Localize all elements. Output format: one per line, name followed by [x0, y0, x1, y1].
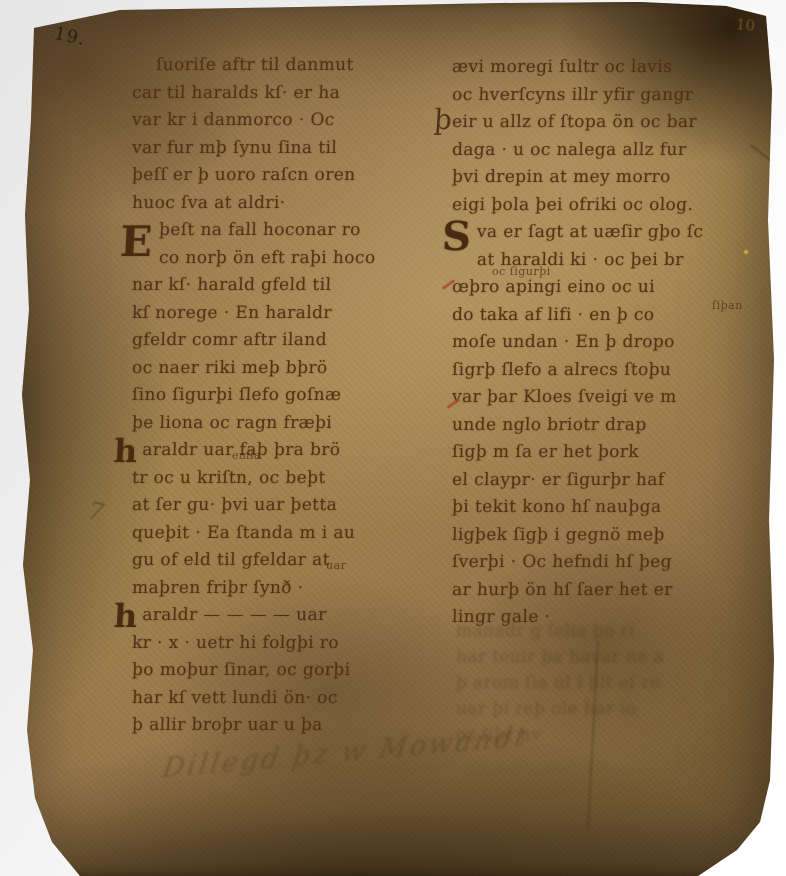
right-paragraph-3: ſigþ m ſa er het þorkel claypr· er ſigur… [452, 439, 778, 632]
manuscript-text-line: el claypr· er ſigurþr haf [452, 467, 779, 495]
manuscript-text-line: har kſ vett lundi ön· oc [132, 685, 449, 713]
parchment-leaf: 19. 10 ſuoriſe aftr til danmutcar til ha… [0, 0, 786, 876]
manuscript-text-line: ſino ſigurþi ſlefo goſnæ [132, 382, 449, 410]
manuscript-text-line: þo moþur ſinar, oc gorþi [132, 657, 449, 685]
page-number-10: 10 [735, 15, 756, 35]
manuscript-text-line: þe liona oc ragn fræþi [132, 410, 449, 438]
manuscript-text-line: kr · x · uetr hi folgþi ro [132, 630, 449, 658]
manuscript-text-line: þ arom ſia ul i þlt eſ ro [456, 670, 777, 696]
manuscript-text-line: araldr — — — — uar [132, 602, 449, 630]
manuscript-text-line: unde nglo briotr drap [452, 412, 779, 440]
manuscript-text-line: maþren friþr ſynð · [132, 575, 449, 603]
manuscript-text-line: oc naer riki meþ bþrö [132, 355, 449, 383]
manuscript-text-line: kſ norege · En haraldr [132, 300, 449, 328]
manuscript-text-line: uar þi reþ ole har io [456, 696, 777, 722]
left-text-column: ſuoriſe aftr til danmutcar til haralds k… [132, 52, 448, 740]
left-paragraph-4: h araldr — — — — uarkr · x · uetr hi fol… [132, 602, 448, 740]
manuscript-text-line: œþro apingi eino oc ui [452, 274, 779, 302]
manuscript-text-line: gu of eld til gfeldar at [132, 547, 449, 575]
manuscript-text-line: ſuoriſe aftr til danmut [156, 52, 449, 80]
manuscript-text-line: oc hverſcyns illr yfir gangr [452, 82, 779, 110]
manuscript-text-line: ligþek ſigþ i gegnö meþ [452, 522, 779, 550]
interlinear-insertion: ſiþan [712, 300, 743, 311]
right-paragraph-2: S va er ſagt at uæſir gþo ſcat haraldi k… [452, 219, 778, 439]
interlinear-insertion: uar [326, 560, 347, 571]
manuscript-text-line: daga · u oc nalega allz fur [452, 137, 779, 165]
manuscript-text-line: araldr uar faþ þra brö [132, 437, 449, 465]
manuscript-text-line: queþit · Ea ſtanda m i au [132, 520, 449, 548]
manuscript-text-line: ſverþi · Oc hefndi hſ þeg [452, 549, 779, 577]
manuscript-text-line: eir u allz of ſtopa ön oc bar [452, 109, 779, 137]
manuscript-text-line: at ſer gu· þvi uar þetta [132, 492, 449, 520]
manuscript-text-line: þeſſ er þ uoro raſcn oren [132, 162, 449, 190]
manuscript-text-line: var þar Kloes ſveigi ve m [452, 384, 779, 412]
manuscript-text-line: manadr g ſelia þo ri [456, 618, 777, 644]
manuscript-text-line: þi tekit kono hſ nauþga [452, 494, 779, 522]
manuscript-text-line: ar hurþ ön hſ ſaer het er [452, 577, 779, 605]
manuscript-text-line: moſe undan · En þ dropo [452, 329, 779, 357]
manuscript-text-line: nar kſ· harald gfeld til [132, 272, 449, 300]
manuscript-text-line: co norþ ön eft raþi hoco [132, 245, 449, 273]
marginal-initial-thorn: þ [433, 106, 453, 134]
interlinear-insertion: oc ſigurþi [492, 266, 551, 277]
right-paragraph-1: þ ævi moregi ſultr oc lavisoc hverſcyns … [452, 54, 778, 219]
manuscript-text-line: ſigþ m ſa er het þork [452, 439, 779, 467]
manuscript-photo: 19. 10 ſuoriſe aftr til danmutcar til ha… [0, 0, 786, 876]
left-paragraph-3: h araldr uar faþ þra brötr oc u kriſtn, … [132, 437, 448, 602]
manuscript-text-line: va er ſagt at uæſir gþo ſc [452, 219, 779, 247]
manuscript-text-line: gfeldr comr aftr iland [132, 327, 449, 355]
manuscript-text-line: car til haralds kſ· er ha [132, 80, 449, 108]
interlinear-insertion: emla [232, 450, 262, 461]
manuscript-text-line: var kr i danmorco · Oc [132, 107, 449, 135]
manuscript-text-line: ſigrþ ſlefo a alrecs ſtoþu [452, 357, 779, 385]
manuscript-text-line: huoc ſva at aldri· [132, 190, 449, 218]
manuscript-text-line: eigi þola þei ofriki oc olog. [452, 192, 779, 220]
manuscript-text-line: þvi drepin at mey morro [452, 164, 779, 192]
manuscript-text-line: þeſt na fall hoconar ro [132, 217, 449, 245]
yellow-speck [744, 250, 748, 254]
manuscript-text-line: tr oc u kriſtn, oc beþt [132, 465, 449, 493]
right-text-column: þ ævi moregi ſultr oc lavisoc hverſcyns … [452, 54, 778, 632]
left-paragraph-2: E þeſt na fall hoconar roco norþ ön eft … [132, 217, 448, 437]
manuscript-text-line: var fur mþ ſynu ſina til [132, 135, 449, 163]
manuscript-text-line: har teuir þa havar ne a [456, 644, 777, 670]
left-paragraph-1: ſuoriſe aftr til danmutcar til haralds k… [132, 52, 448, 217]
manuscript-text-line: ævi moregi ſultr oc lavis [452, 54, 779, 82]
